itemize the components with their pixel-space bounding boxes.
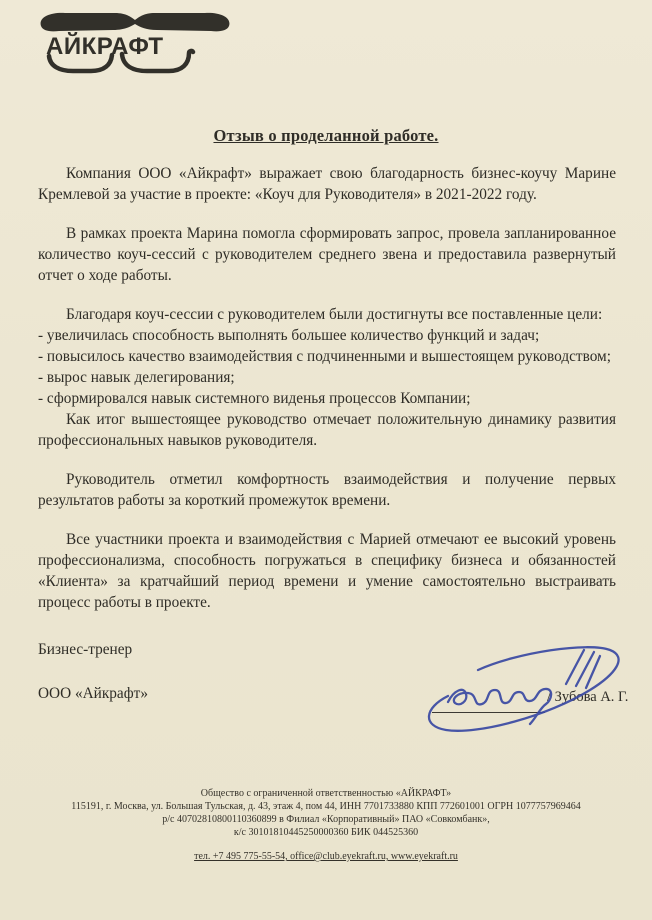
paragraph-participants-feedback: Все участники проекта и взаимодействия с… [38,529,616,613]
goal-item: - сформировался навык системного виденья… [38,388,616,409]
letterhead-logo: АЙКРАФТ [35,10,235,74]
glasses-icon: АЙКРАФТ [35,10,235,74]
logo-text: АЙКРАФТ [46,32,164,60]
document-title: Отзыв о проделанной работе. [0,126,652,146]
signature-company: ООО «Айкрафт» [38,685,148,703]
paragraph-gratitude: Компания ООО «Айкрафт» выражает свою бла… [38,163,616,205]
footer-contacts: тел. +7 495 775-55-54, office@club.eyekr… [0,850,652,863]
goals-intro: Благодаря коуч-сессии с руководителем бы… [38,304,616,325]
footer-bank-account: р/с 40702810800110360899 в Филиал «Корпо… [0,813,652,826]
goal-item: - увеличилась способность выполнять боль… [38,325,616,346]
glasses-browline [41,13,230,31]
footer-company-name: Общество с ограниченной ответственностью… [0,787,652,800]
goal-item: - повысилось качество взаимодействия с п… [38,346,616,367]
goals-outro: Как итог вышестоящее руководство отмечае… [38,409,616,451]
paragraph-manager-feedback: Руководитель отметил комфортность взаимо… [38,469,616,511]
footer: Общество с ограниченной ответственностью… [0,787,652,863]
paragraph-goals: Благодаря коуч-сессии с руководителем бы… [38,304,616,451]
footer-address-inn: 115191, г. Москва, ул. Большая Тульская,… [0,800,652,813]
document-body: Компания ООО «Айкрафт» выражает свою бла… [38,163,616,631]
paragraph-project-scope: В рамках проекта Марина помогла сформиро… [38,223,616,286]
goal-item: - вырос навык делегирования; [38,367,616,388]
footer-corr-account: к/с 30101810445250000360 БИК 044525360 [0,826,652,839]
scanned-letter-page: АЙКРАФТ Отзыв о проделанной работе. Комп… [0,0,652,920]
handwritten-signature [418,640,636,738]
signature-scribble-icon [418,640,636,738]
signature-role: Бизнес-тренер [38,641,132,659]
